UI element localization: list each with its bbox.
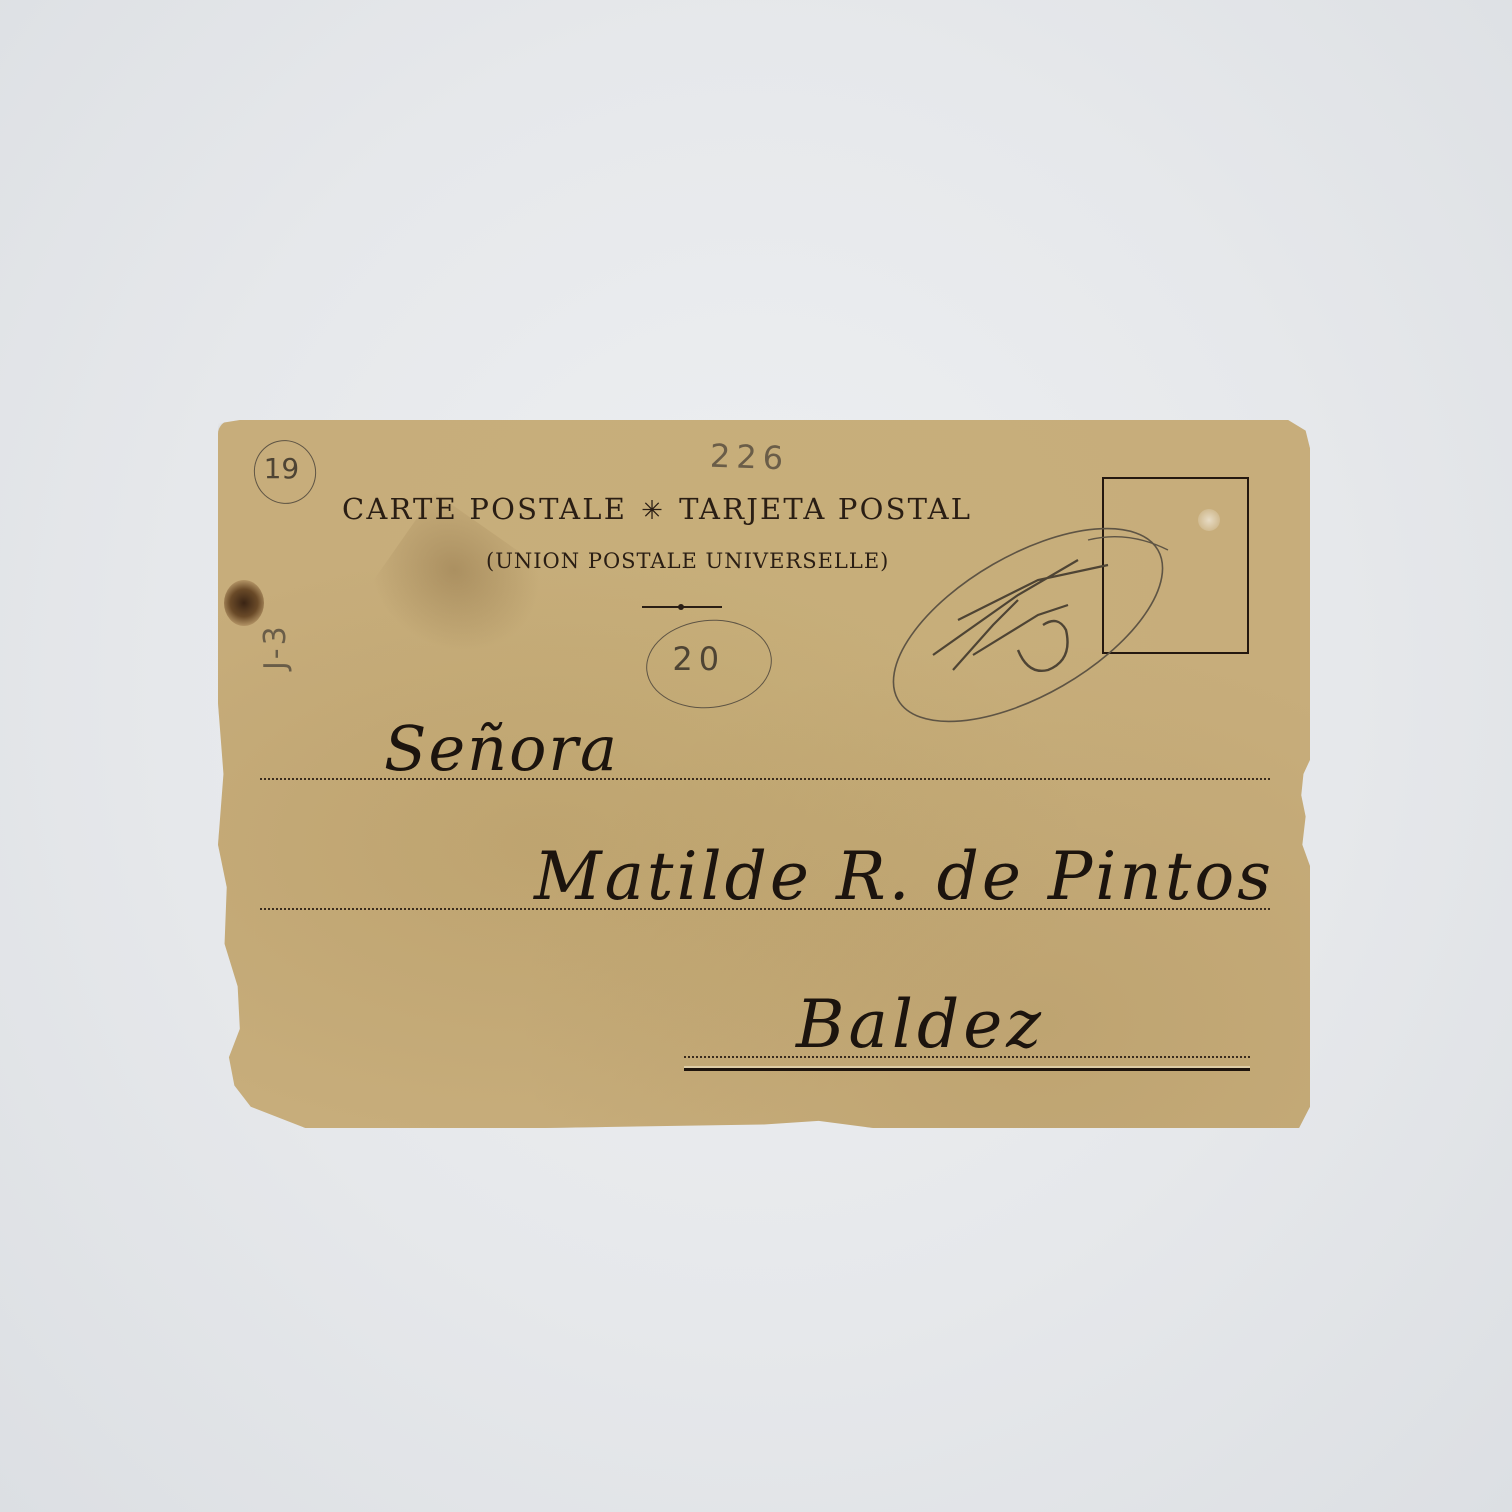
stain-mark bbox=[224, 580, 264, 626]
postcard-subtitle: (UNION POSTALE UNIVERSELLE) bbox=[486, 549, 889, 573]
pencil-circled-number-top-left: 19 bbox=[245, 431, 325, 512]
worn-spot bbox=[1198, 509, 1220, 531]
pencil-catalog-number: 226 bbox=[709, 437, 789, 478]
address-line-1 bbox=[260, 778, 1270, 780]
postcard: 19 226 CARTE POSTALE✳TARJETA POSTAL (UNI… bbox=[218, 420, 1310, 1128]
address-city: Baldez bbox=[796, 986, 1045, 1063]
title-french: CARTE POSTALE bbox=[342, 492, 627, 526]
pencil-side-note: J-3 bbox=[258, 623, 293, 670]
pencil-circled-number-center: 20 bbox=[642, 614, 777, 715]
address-salutation: Señora bbox=[384, 712, 619, 785]
address-line-2 bbox=[260, 908, 1270, 910]
asterisk-separator-icon: ✳ bbox=[641, 496, 665, 526]
address-line-3 bbox=[684, 1056, 1250, 1058]
address-recipient: Matilde R. de Pintos bbox=[534, 838, 1274, 915]
address-underline bbox=[684, 1068, 1250, 1071]
divider-ornament bbox=[642, 606, 722, 608]
pencil-signature-scribble bbox=[878, 520, 1178, 730]
